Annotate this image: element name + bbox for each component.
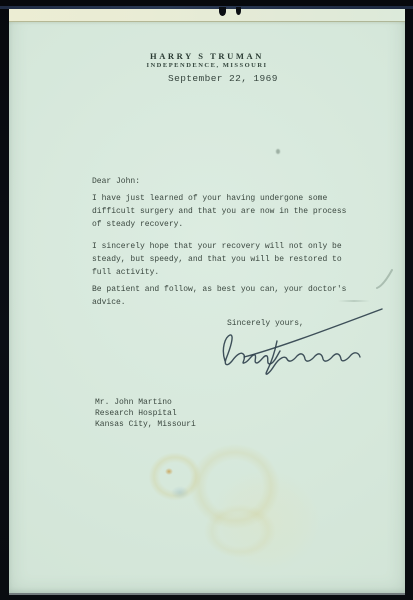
paper-top-crease — [9, 9, 405, 22]
letter-paper: HARRY S TRUMAN INDEPENDENCE, MISSOURI Se… — [9, 9, 405, 593]
paper-speck — [276, 149, 280, 154]
recipient-line: Research Hospital — [95, 408, 196, 419]
salutation: Dear John: — [92, 175, 140, 188]
recipient-line: Mr. John Martino — [95, 397, 196, 408]
letter-line: difficult surgery and that you are now i… — [92, 205, 346, 218]
truman-signature — [189, 301, 399, 391]
letterhead-name: HARRY S TRUMAN — [9, 51, 405, 61]
stain-blue-smudge — [171, 486, 189, 499]
letter-line: Be patient and follow, as best you can, … — [92, 283, 346, 296]
stain-ring — [145, 449, 205, 504]
letterhead-location: INDEPENDENCE, MISSOURI — [9, 62, 405, 69]
letter-line: full activity. — [92, 266, 342, 279]
letter-line: I have just learned of your having under… — [92, 192, 346, 205]
frame-drip-mark — [219, 7, 226, 16]
recipient-line: Kansas City, Missouri — [95, 419, 196, 430]
letter-line: steady, but speedy, and that you will be… — [92, 253, 342, 266]
stain-orange-dot — [165, 468, 173, 475]
stain-ring — [185, 439, 285, 534]
letter-line: of steady recovery. — [92, 218, 346, 231]
paragraph-1: I have just learned of your having under… — [92, 192, 346, 231]
framed-letter-photo: HARRY S TRUMAN INDEPENDENCE, MISSOURI Se… — [0, 0, 413, 600]
frame-drip-mark — [236, 7, 241, 15]
stain-blob — [200, 461, 330, 581]
recipient-address: Mr. John Martino Research Hospital Kansa… — [95, 397, 196, 430]
letter-line: I sincerely hope that your recovery will… — [92, 240, 342, 253]
stain-ring — [200, 501, 280, 561]
paragraph-2: I sincerely hope that your recovery will… — [92, 240, 342, 279]
letter-date: September 22, 1969 — [168, 73, 278, 84]
pencil-check-mark — [369, 259, 411, 295]
